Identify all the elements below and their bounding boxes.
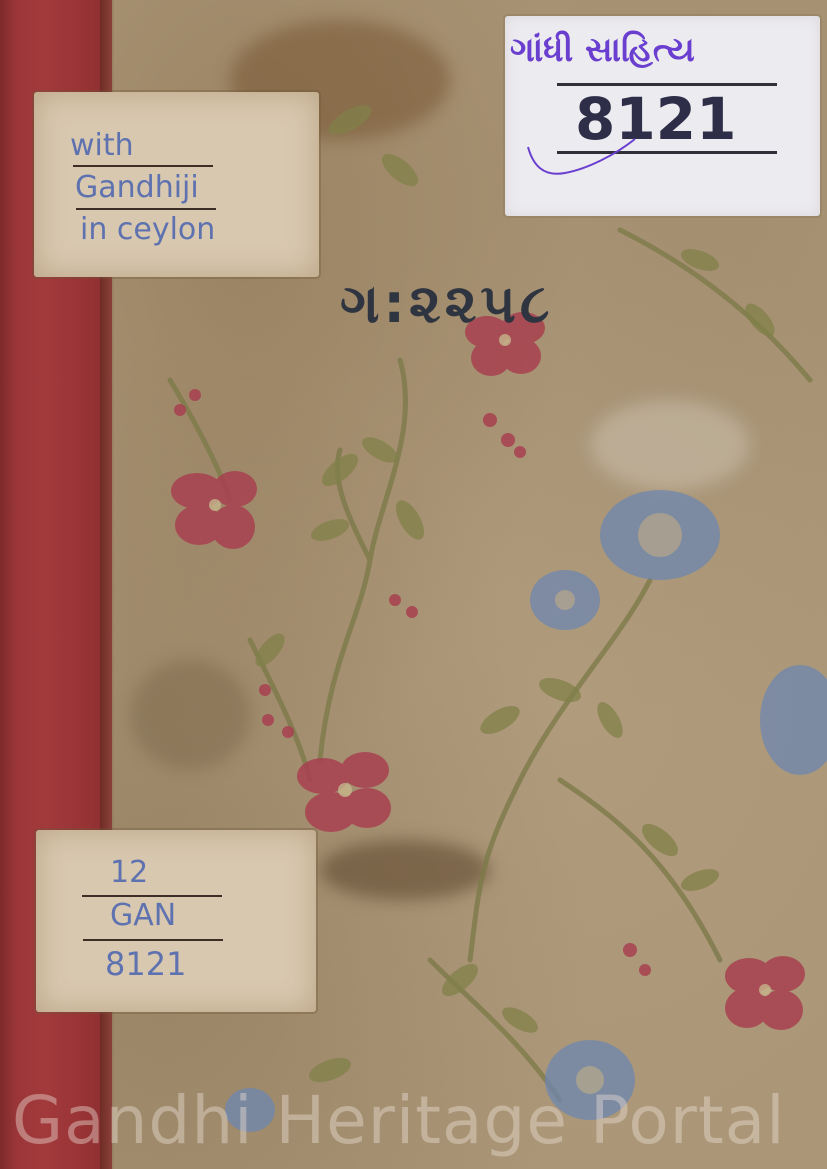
shelf-label-line-2: GAN: [110, 898, 176, 933]
title-label-line-1: with: [70, 128, 134, 163]
title-label-line-3: in ceylon: [80, 212, 215, 247]
title-label-rule: [73, 165, 213, 167]
call-number: ગ:૨૨૫૮: [340, 272, 554, 336]
watermark: Gandhi Heritage Portal: [12, 1082, 786, 1159]
book-cover: with Gandhiji in ceylon ગાંધી સાહિત્ય 81…: [0, 0, 827, 1169]
library-stamp-text: ગાંધી સાહિત્ય: [510, 30, 695, 70]
shelf-label-line-3: 8121: [105, 945, 186, 983]
shelf-label-rule: [82, 895, 222, 897]
signature-mark: [525, 135, 645, 185]
shelf-label-line-1: 12: [110, 855, 148, 890]
shelf-label-rule: [83, 939, 223, 941]
title-label-line-2: Gandhiji: [75, 170, 199, 205]
title-label-rule: [76, 208, 216, 210]
